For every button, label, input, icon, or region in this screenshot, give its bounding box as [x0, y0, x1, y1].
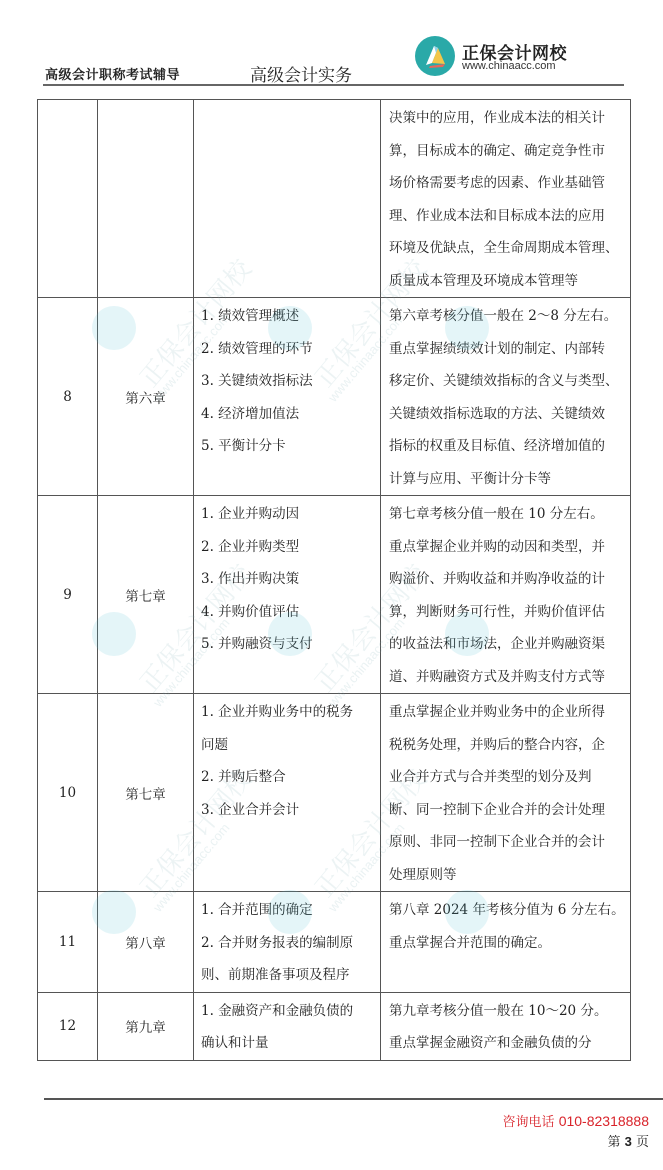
topic-line: 2. 并购后整合 — [201, 761, 374, 794]
topic-line: 3. 关键绩效指标法 — [201, 365, 374, 398]
phone-label: 咨询电话 — [503, 1115, 555, 1130]
topic-line: 确认和计量 — [201, 1027, 374, 1060]
topics-cell — [194, 100, 381, 298]
topic-line: 1. 金融资产和金融负债的 — [201, 995, 374, 1028]
table-row: 决策中的应用，作业成本法的相关计算，目标成本的确定、确定竞争性市场价格需要考虑的… — [38, 100, 631, 298]
chapter-cell — [98, 100, 194, 298]
topic-line: 4. 并购价值评估 — [201, 596, 374, 629]
note-line: 断、同一控制下企业合并的会计处理 — [389, 794, 625, 827]
notes-cell: 第八章 2024 年考核分值为 6 分左右。重点掌握合并范围的确定。 — [381, 892, 631, 993]
note-line: 算，判断财务可行性，并购价值评估 — [389, 596, 625, 629]
chinaacc-logo-icon — [415, 36, 455, 76]
topics-cell: 1. 企业并购业务中的税务问题2. 并购后整合3. 企业合并会计 — [194, 694, 381, 892]
topics-cell: 1. 金融资产和金融负债的确认和计量 — [194, 992, 381, 1060]
topic-line: 问题 — [201, 729, 374, 762]
note-line: 处理原则等 — [389, 859, 625, 892]
brand-logo: 正保会计网校 www.chinaacc.com — [415, 36, 575, 82]
page-suffix: 页 — [636, 1135, 649, 1150]
row-index: 12 — [38, 992, 98, 1060]
page-number: 第 3 页 — [607, 1131, 649, 1150]
topics-cell: 1. 绩效管理概述2. 绩效管理的环节3. 关键绩效指标法4. 经济增加值法5.… — [194, 298, 381, 496]
footer-divider — [44, 1098, 663, 1100]
notes-cell: 决策中的应用，作业成本法的相关计算，目标成本的确定、确定竞争性市场价格需要考虑的… — [381, 100, 631, 298]
brand-url: www.chinaacc.com — [462, 60, 556, 72]
syllabus-table: 决策中的应用，作业成本法的相关计算，目标成本的确定、确定竞争性市场价格需要考虑的… — [37, 99, 631, 1061]
page-number-value: 3 — [625, 1134, 632, 1149]
chapter-cell: 第七章 — [98, 496, 194, 694]
page-header: 高级会计职称考试辅导 高级会计实务 正保会计网校 www.chinaacc.co… — [0, 0, 663, 90]
topic-line: 3. 作出并购决策 — [201, 563, 374, 596]
topics-cell: 1. 合并范围的确定2. 合并财务报表的编制原则、前期准备事项及程序 — [194, 892, 381, 993]
consult-phone: 咨询电话 010-82318888 — [503, 1111, 649, 1130]
topic-line: 4. 经济增加值法 — [201, 398, 374, 431]
note-line: 质量成本管理及环境成本管理等 — [389, 265, 625, 298]
note-line: 场价格需要考虑的因素、作业基础管 — [389, 167, 625, 200]
table-row: 10第七章1. 企业并购业务中的税务问题2. 并购后整合3. 企业合并会计重点掌… — [38, 694, 631, 892]
topic-line: 5. 平衡计分卡 — [201, 430, 374, 463]
table-row: 8第六章1. 绩效管理概述2. 绩效管理的环节3. 关键绩效指标法4. 经济增加… — [38, 298, 631, 496]
table-row: 12第九章1. 金融资产和金融负债的确认和计量第九章考核分值一般在 10～20 … — [38, 992, 631, 1060]
topic-line: 则、前期准备事项及程序 — [201, 959, 374, 992]
note-line: 的收益法和市场法，企业并购融资渠 — [389, 628, 625, 661]
topic-line: 3. 企业合并会计 — [201, 794, 374, 827]
table-row: 11第八章1. 合并范围的确定2. 合并财务报表的编制原则、前期准备事项及程序第… — [38, 892, 631, 993]
note-line: 计算与应用、平衡计分卡等 — [389, 463, 625, 496]
table-row: 9第七章1. 企业并购动因2. 企业并购类型3. 作出并购决策4. 并购价值评估… — [38, 496, 631, 694]
note-line: 第六章考核分值一般在 2～8 分左右。 — [389, 300, 625, 333]
note-line: 环境及优缺点，全生命周期成本管理、 — [389, 232, 625, 265]
topic-line: 2. 合并财务报表的编制原 — [201, 927, 374, 960]
notes-cell: 重点掌握企业并购业务中的企业所得税税务处理，并购后的整合内容，企业合并方式与合并… — [381, 694, 631, 892]
note-line: 重点掌握企业并购业务中的企业所得 — [389, 696, 625, 729]
note-line: 重点掌握绩绩效计划的制定、内部转 — [389, 333, 625, 366]
note-line: 理、作业成本法和目标成本法的应用 — [389, 200, 625, 233]
phone-number: 010-82318888 — [559, 1113, 649, 1129]
topic-line: 1. 绩效管理概述 — [201, 300, 374, 333]
notes-cell: 第九章考核分值一般在 10～20 分。重点掌握金融资产和金融负债的分 — [381, 992, 631, 1060]
note-line: 第八章 2024 年考核分值为 6 分左右。 — [389, 894, 625, 927]
topic-line: 2. 企业并购类型 — [201, 531, 374, 564]
row-index: 8 — [38, 298, 98, 496]
note-line: 重点掌握企业并购的动因和类型，并 — [389, 531, 625, 564]
note-line: 第七章考核分值一般在 10 分左右。 — [389, 498, 625, 531]
row-index: 11 — [38, 892, 98, 993]
note-line: 重点掌握合并范围的确定。 — [389, 927, 625, 960]
notes-cell: 第六章考核分值一般在 2～8 分左右。重点掌握绩绩效计划的制定、内部转移定价、关… — [381, 298, 631, 496]
note-line: 税税务处理，并购后的整合内容，企 — [389, 729, 625, 762]
topic-line: 1. 合并范围的确定 — [201, 894, 374, 927]
topic-line: 5. 并购融资与支付 — [201, 628, 374, 661]
note-line: 关键绩效指标选取的方法、关键绩效 — [389, 398, 625, 431]
note-line: 决策中的应用，作业成本法的相关计 — [389, 102, 625, 135]
note-line: 重点掌握金融资产和金融负债的分 — [389, 1027, 625, 1060]
row-index — [38, 100, 98, 298]
note-line: 业合并方式与合并类型的划分及判 — [389, 761, 625, 794]
row-index: 9 — [38, 496, 98, 694]
note-line: 第九章考核分值一般在 10～20 分。 — [389, 995, 625, 1028]
topic-line: 1. 企业并购业务中的税务 — [201, 696, 374, 729]
topic-line: 2. 绩效管理的环节 — [201, 333, 374, 366]
chapter-cell: 第七章 — [98, 694, 194, 892]
notes-cell: 第七章考核分值一般在 10 分左右。重点掌握企业并购的动因和类型，并购溢价、并购… — [381, 496, 631, 694]
topic-line: 1. 企业并购动因 — [201, 498, 374, 531]
header-divider — [43, 84, 624, 86]
row-index: 10 — [38, 694, 98, 892]
note-line: 道、并购融资方式及并购支付方式等 — [389, 661, 625, 694]
chapter-cell: 第九章 — [98, 992, 194, 1060]
note-line: 算，目标成本的确定、确定竞争性市 — [389, 135, 625, 168]
note-line: 原则、非同一控制下企业合并的会计 — [389, 826, 625, 859]
note-line: 指标的权重及目标值、经济增加值的 — [389, 430, 625, 463]
chapter-cell: 第八章 — [98, 892, 194, 993]
chapter-cell: 第六章 — [98, 298, 194, 496]
note-line: 购溢价、并购收益和并购净收益的计 — [389, 563, 625, 596]
topics-cell: 1. 企业并购动因2. 企业并购类型3. 作出并购决策4. 并购价值评估5. 并… — [194, 496, 381, 694]
note-line: 移定价、关键绩效指标的含义与类型、 — [389, 365, 625, 398]
exam-guide-title: 高级会计职称考试辅导 — [45, 64, 180, 83]
page-prefix: 第 — [607, 1135, 620, 1150]
subject-title: 高级会计实务 — [250, 61, 352, 86]
